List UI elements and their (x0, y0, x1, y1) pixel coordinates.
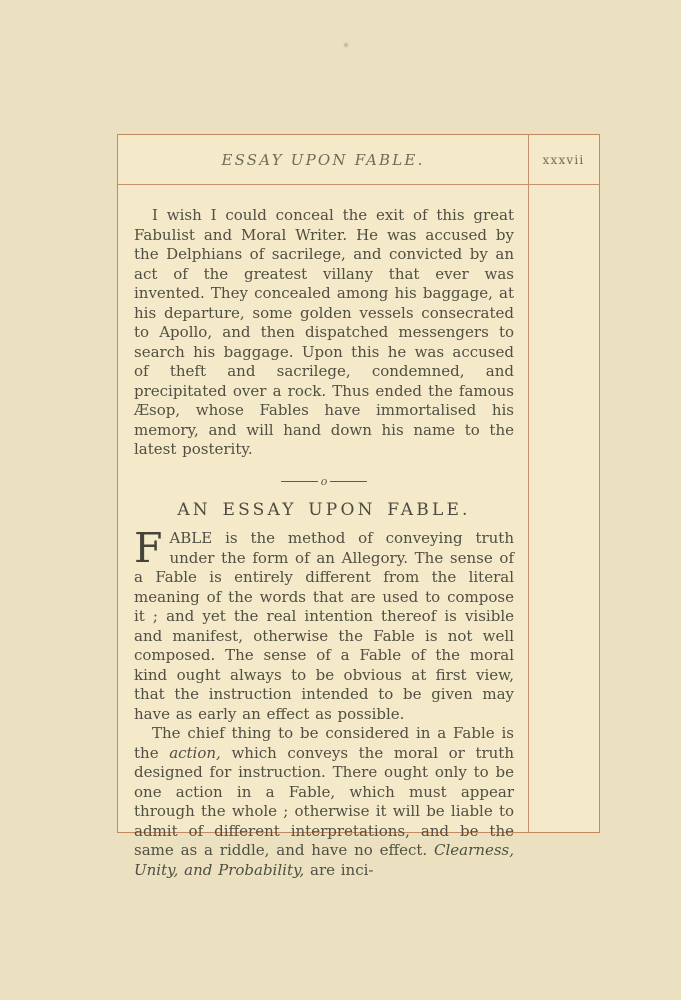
section-heading: AN ESSAY UPON FABLE. (134, 501, 514, 521)
page-border-frame: ESSAY UPON FABLE. xxxvii I wish I could … (117, 134, 600, 833)
page-number: xxxvii (543, 153, 585, 167)
divider-rule-right (330, 481, 367, 482)
divider-rule-left (281, 481, 318, 482)
action-paragraph-run5: are inci- (304, 861, 373, 879)
paragraph-fable-action: The chief thing to be considered in a Fa… (134, 724, 514, 880)
paragraph-fable-text: is the method of conveying truth under t… (134, 529, 514, 723)
drop-cap-word-rest: ABLE (169, 529, 212, 547)
paragraph-aesop-exit: I wish I could conceal the exit of this … (134, 206, 514, 460)
page-number-cell: xxxvii (528, 135, 599, 184)
section-divider: o (134, 476, 514, 488)
text-column: I wish I could conceal the exit of this … (118, 185, 528, 880)
divider-ornament-o: o (318, 477, 331, 487)
column-divider-rule (528, 135, 529, 832)
paper-speck (344, 43, 348, 47)
drop-cap-letter: F (134, 529, 169, 565)
paragraph-fable-definition: FABLE is the method of conveying truth u… (134, 529, 514, 724)
running-header: ESSAY UPON FABLE. xxxvii (118, 135, 599, 185)
scanned-book-page: ESSAY UPON FABLE. xxxvii I wish I could … (0, 0, 681, 1000)
italic-word-action: action, (169, 744, 221, 762)
running-header-title: ESSAY UPON FABLE. (221, 151, 424, 169)
running-header-title-cell: ESSAY UPON FABLE. (118, 135, 528, 184)
